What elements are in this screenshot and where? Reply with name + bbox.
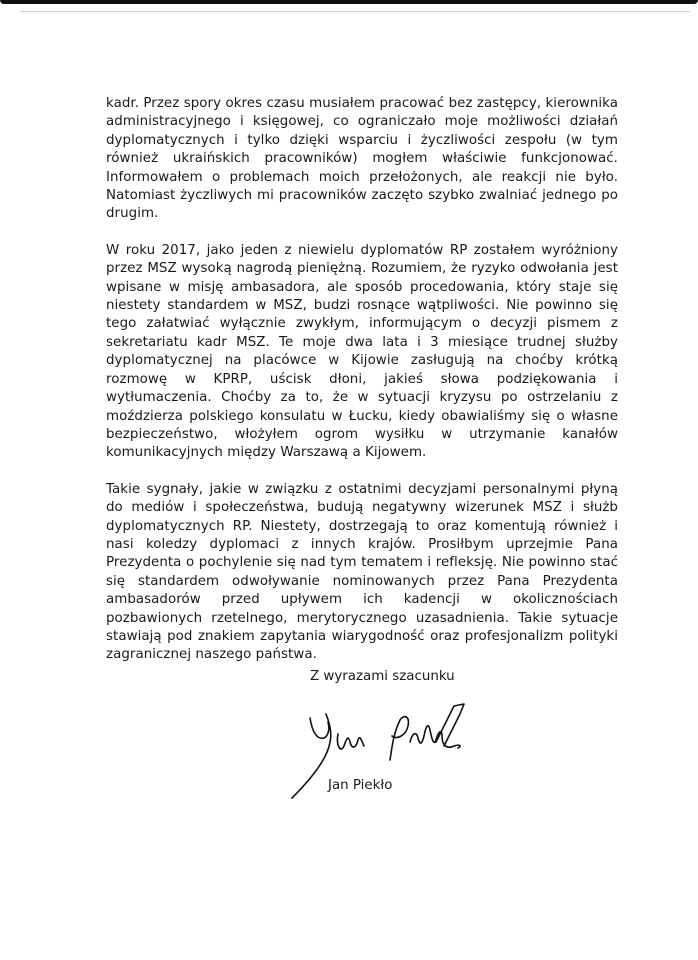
closing-salutation: Z wyrazami szacunku xyxy=(310,669,455,684)
paragraph-staffing: kadr. Przez spory okres czasu musiałem p… xyxy=(106,95,618,224)
scan-artifact-line xyxy=(20,11,690,12)
paragraph-signals: Takie sygnały, jakie w związku z ostatni… xyxy=(106,481,618,665)
paragraph-award: W roku 2017, jako jeden z niewielu dyplo… xyxy=(106,242,618,463)
signatory-name: Jan Piekło xyxy=(328,778,392,793)
letter-body: kadr. Przez spory okres czasu musiałem p… xyxy=(106,95,618,683)
scan-top-edge xyxy=(0,0,698,4)
